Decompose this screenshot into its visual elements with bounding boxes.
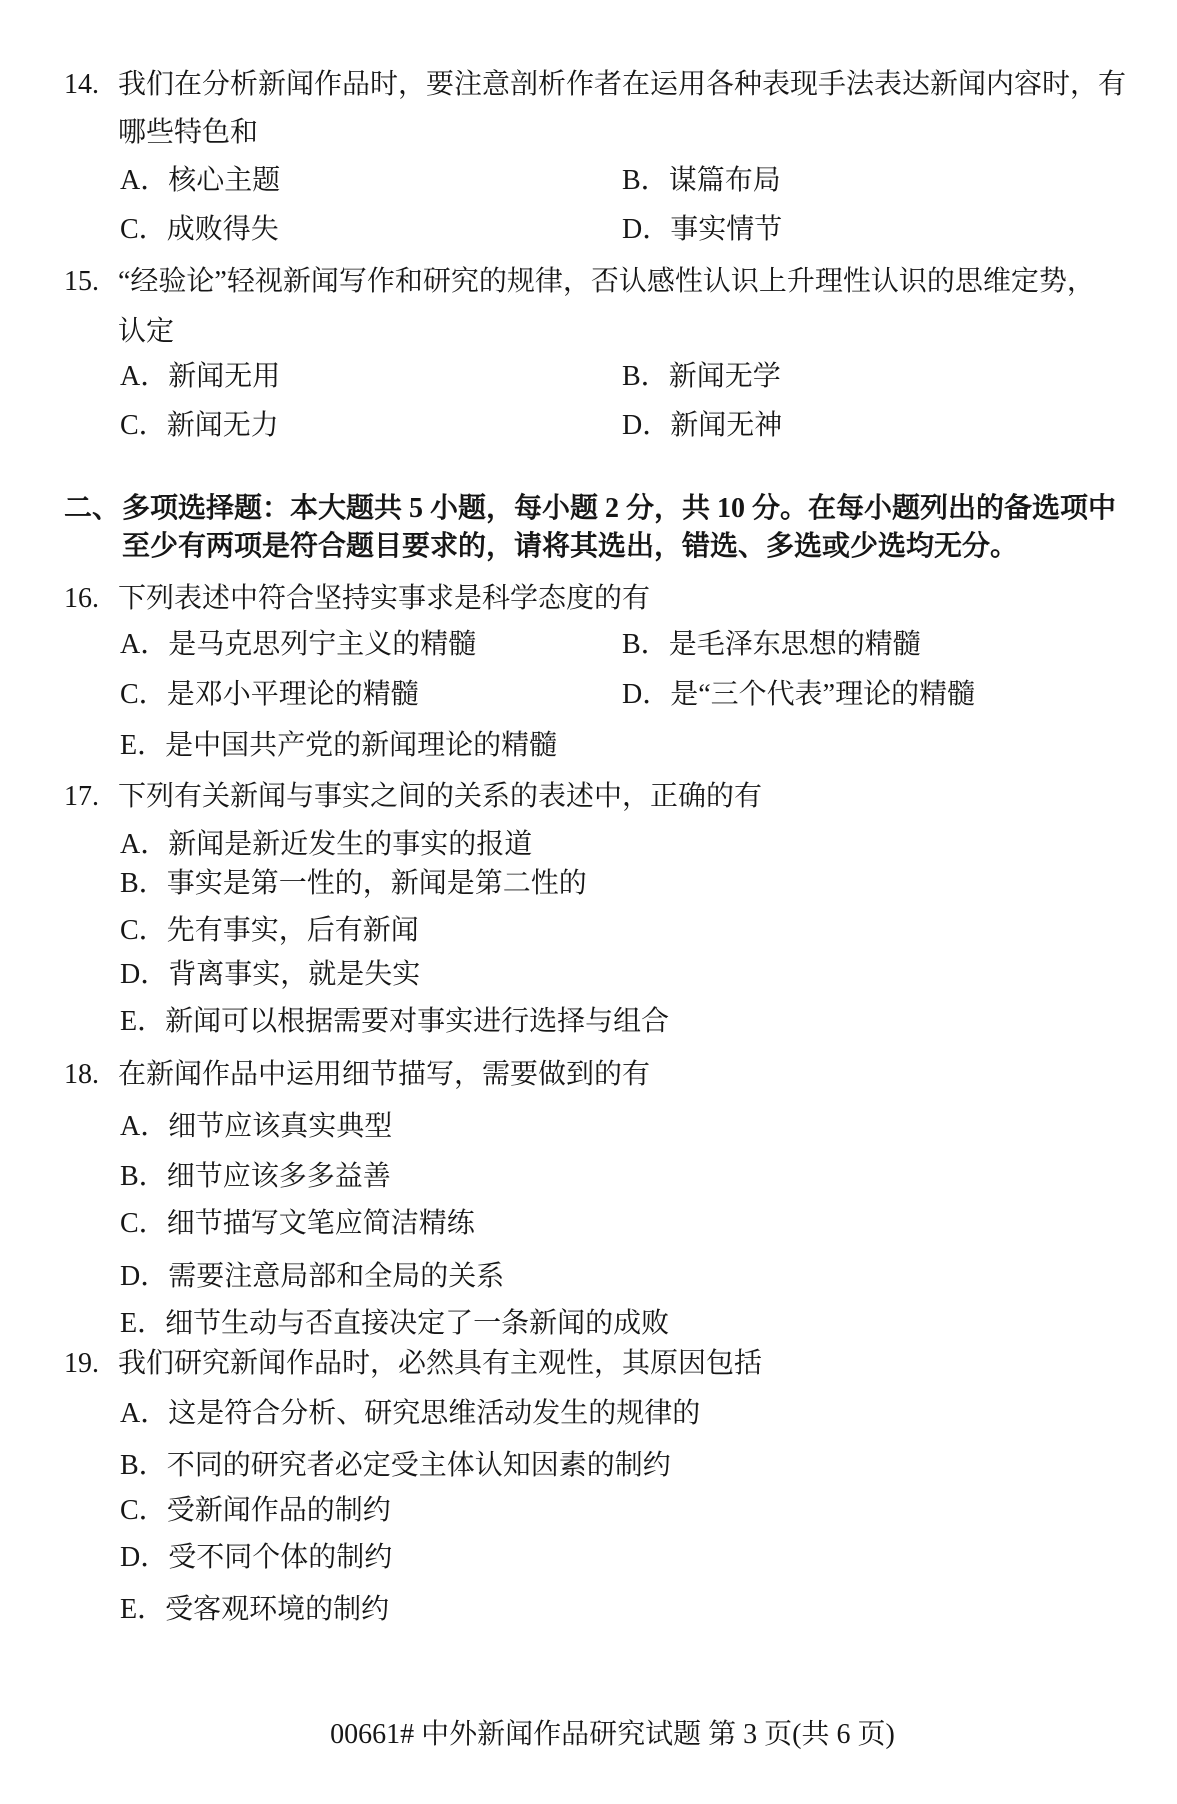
question-16-stem-line-1: 下列表述中符合坚持实事求是科学态度的有: [118, 582, 650, 616]
question-17-number: 17.: [64, 780, 99, 814]
option-label: A．: [120, 829, 168, 860]
question-17-option-C: C．先有事实，后有新闻: [120, 914, 419, 948]
option-label: B．: [120, 1161, 167, 1192]
option-label: C．: [120, 1208, 167, 1239]
option-text: 需要注意局部和全局的关系: [168, 1261, 504, 1292]
option-label: B．: [120, 1450, 167, 1481]
section-2-header-row-1: 二、 多项选择题：本大题共 5 小题，每小题 2 分，共 10 分。在每小题列出…: [0, 492, 1177, 528]
option-text: 背离事实，就是失实: [168, 959, 420, 990]
option-label: A．: [120, 629, 168, 660]
option-text: 是“三个代表”理论的精髓: [670, 679, 975, 710]
question-14-stem-line-1: 我们在分析新闻作品时，要注意剖析作者在运用各种表现手法表达新闻内容时，有: [118, 68, 1126, 102]
option-label: C．: [120, 679, 167, 710]
option-label: A．: [120, 361, 168, 392]
option-text: 新闻无学: [669, 361, 781, 392]
question-16-option-B: B．是毛泽东思想的精髓: [622, 628, 921, 662]
question-15-stem-row-1: 15. “经验论”轻视新闻写作和研究的规律，否认感性认识上升理性认识的思维定势，: [0, 265, 1177, 301]
question-14-number: 14.: [64, 68, 99, 102]
option-text: 事实是第一性的，新闻是第二性的: [167, 868, 587, 899]
page-footer: 00661# 中外新闻作品研究试题 第 3 页(共 6 页): [0, 1718, 1177, 1752]
question-18-option-D: D．需要注意局部和全局的关系: [120, 1260, 504, 1294]
option-text: 新闻可以根据需要对事实进行选择与组合: [165, 1006, 669, 1037]
question-16-stem-row-1: 16. 下列表述中符合坚持实事求是科学态度的有: [0, 582, 1177, 618]
option-text: 是毛泽东思想的精髓: [669, 629, 921, 660]
option-label: D．: [622, 410, 670, 441]
option-text: 细节应该真实典型: [168, 1111, 392, 1142]
option-text: 事实情节: [670, 214, 782, 245]
section-2-header-line-2: 至少有两项是符合题目要求的，请将其选出，错选、多选或少选均无分。: [122, 530, 1018, 564]
option-label: D．: [622, 679, 670, 710]
question-17-stem-line-1: 下列有关新闻与事实之间的关系的表述中，正确的有: [118, 780, 762, 814]
question-15-option-A: A．新闻无用: [120, 360, 280, 394]
option-text: 细节应该多多益善: [167, 1161, 391, 1192]
option-label: A．: [120, 1398, 168, 1429]
question-15-stem-line-2: 认定: [118, 315, 174, 349]
option-text: 谋篇布局: [669, 165, 781, 196]
question-14-option-C: C．成败得失: [120, 213, 279, 247]
option-text: 这是符合分析、研究思维活动发生的规律的: [168, 1398, 700, 1429]
question-15-stem-line-1: “经验论”轻视新闻写作和研究的规律，否认感性认识上升理性认识的思维定势，: [118, 265, 1095, 299]
question-14-stem-row-1: 14. 我们在分析新闻作品时，要注意剖析作者在运用各种表现手法表达新闻内容时，有: [0, 68, 1177, 104]
option-label: A．: [120, 1111, 168, 1142]
question-17-option-A: A．新闻是新近发生的事实的报道: [120, 828, 532, 862]
question-17-stem-row-1: 17. 下列有关新闻与事实之间的关系的表述中，正确的有: [0, 780, 1177, 816]
question-16-option-A: A．是马克思列宁主义的精髓: [120, 628, 476, 662]
option-text: 不同的研究者必定受主体认知因素的制约: [167, 1450, 671, 1481]
question-18-option-A: A．细节应该真实典型: [120, 1110, 392, 1144]
option-text: 新闻无神: [670, 410, 782, 441]
question-17-option-B: B．事实是第一性的，新闻是第二性的: [120, 867, 587, 901]
question-16-option-E: E．是中国共产党的新闻理论的精髓: [120, 729, 557, 763]
option-label: D．: [120, 959, 168, 990]
question-14-option-D: D．事实情节: [622, 213, 782, 247]
question-19-option-E: E．受客观环境的制约: [120, 1593, 389, 1627]
option-label: D．: [120, 1542, 168, 1573]
question-17-option-E: E．新闻可以根据需要对事实进行选择与组合: [120, 1005, 669, 1039]
option-label: E．: [120, 730, 165, 761]
question-19-option-B: B．不同的研究者必定受主体认知因素的制约: [120, 1449, 671, 1483]
option-text: 先有事实，后有新闻: [167, 915, 419, 946]
option-label: D．: [120, 1261, 168, 1292]
question-19-option-A: A．这是符合分析、研究思维活动发生的规律的: [120, 1397, 700, 1431]
section-2-header-line-1: 多项选择题：本大题共 5 小题，每小题 2 分，共 10 分。在每小题列出的备选…: [122, 492, 1116, 526]
option-label: C．: [120, 410, 167, 441]
option-label: C．: [120, 915, 167, 946]
question-18-stem-row-1: 18. 在新闻作品中运用细节描写，需要做到的有: [0, 1058, 1177, 1094]
exam-page: 14. 我们在分析新闻作品时，要注意剖析作者在运用各种表现手法表达新闻内容时，有…: [0, 0, 1177, 1804]
section-2-header-row-2: 至少有两项是符合题目要求的，请将其选出，错选、多选或少选均无分。: [0, 530, 1177, 566]
question-19-stem-line-1: 我们研究新闻作品时，必然具有主观性，其原因包括: [118, 1347, 762, 1381]
option-text: 细节描写文笔应简洁精练: [167, 1208, 475, 1239]
question-16-number: 16.: [64, 582, 99, 616]
option-text: 成败得失: [167, 214, 279, 245]
option-label: A．: [120, 165, 168, 196]
option-label: B．: [622, 165, 669, 196]
question-19-number: 19.: [64, 1347, 99, 1381]
option-label: C．: [120, 214, 167, 245]
question-18-option-C: C．细节描写文笔应简洁精练: [120, 1207, 475, 1241]
option-label: E．: [120, 1594, 165, 1625]
option-label: B．: [622, 629, 669, 660]
option-label: E．: [120, 1006, 165, 1037]
question-15-stem-row-2: 认定: [0, 315, 1177, 351]
option-text: 新闻无力: [167, 410, 279, 441]
question-15-option-B: B．新闻无学: [622, 360, 781, 394]
question-18-option-E: E．细节生动与否直接决定了一条新闻的成败: [120, 1307, 669, 1341]
question-17-option-D: D．背离事实，就是失实: [120, 958, 420, 992]
question-16-option-C: C．是邓小平理论的精髓: [120, 678, 419, 712]
question-16-option-D: D．是“三个代表”理论的精髓: [622, 678, 975, 712]
option-text: 是马克思列宁主义的精髓: [168, 629, 476, 660]
section-2-label: 二、: [64, 492, 120, 526]
question-19-option-C: C．受新闻作品的制约: [120, 1494, 391, 1528]
question-14-stem-line-2: 哪些特色和: [118, 116, 258, 150]
option-label: C．: [120, 1495, 167, 1526]
question-18-option-B: B．细节应该多多益善: [120, 1160, 391, 1194]
question-19-stem-row-1: 19. 我们研究新闻作品时，必然具有主观性，其原因包括: [0, 1347, 1177, 1383]
question-19-option-D: D．受不同个体的制约: [120, 1541, 392, 1575]
option-label: B．: [622, 361, 669, 392]
question-14-option-A: A．核心主题: [120, 164, 280, 198]
option-label: B．: [120, 868, 167, 899]
option-text: 受新闻作品的制约: [167, 1495, 391, 1526]
option-text: 受不同个体的制约: [168, 1542, 392, 1573]
option-label: E．: [120, 1308, 165, 1339]
question-15-number: 15.: [64, 265, 99, 299]
option-label: D．: [622, 214, 670, 245]
option-text: 是邓小平理论的精髓: [167, 679, 419, 710]
option-text: 新闻无用: [168, 361, 280, 392]
option-text: 新闻是新近发生的事实的报道: [168, 829, 532, 860]
option-text: 受客观环境的制约: [165, 1594, 389, 1625]
question-18-stem-line-1: 在新闻作品中运用细节描写，需要做到的有: [118, 1058, 650, 1092]
option-text: 核心主题: [168, 165, 280, 196]
question-15-option-C: C．新闻无力: [120, 409, 279, 443]
option-text: 是中国共产党的新闻理论的精髓: [165, 730, 557, 761]
question-14-option-B: B．谋篇布局: [622, 164, 781, 198]
question-18-number: 18.: [64, 1058, 99, 1092]
question-15-option-D: D．新闻无神: [622, 409, 782, 443]
question-14-stem-row-2: 哪些特色和: [0, 116, 1177, 152]
option-text: 细节生动与否直接决定了一条新闻的成败: [165, 1308, 669, 1339]
